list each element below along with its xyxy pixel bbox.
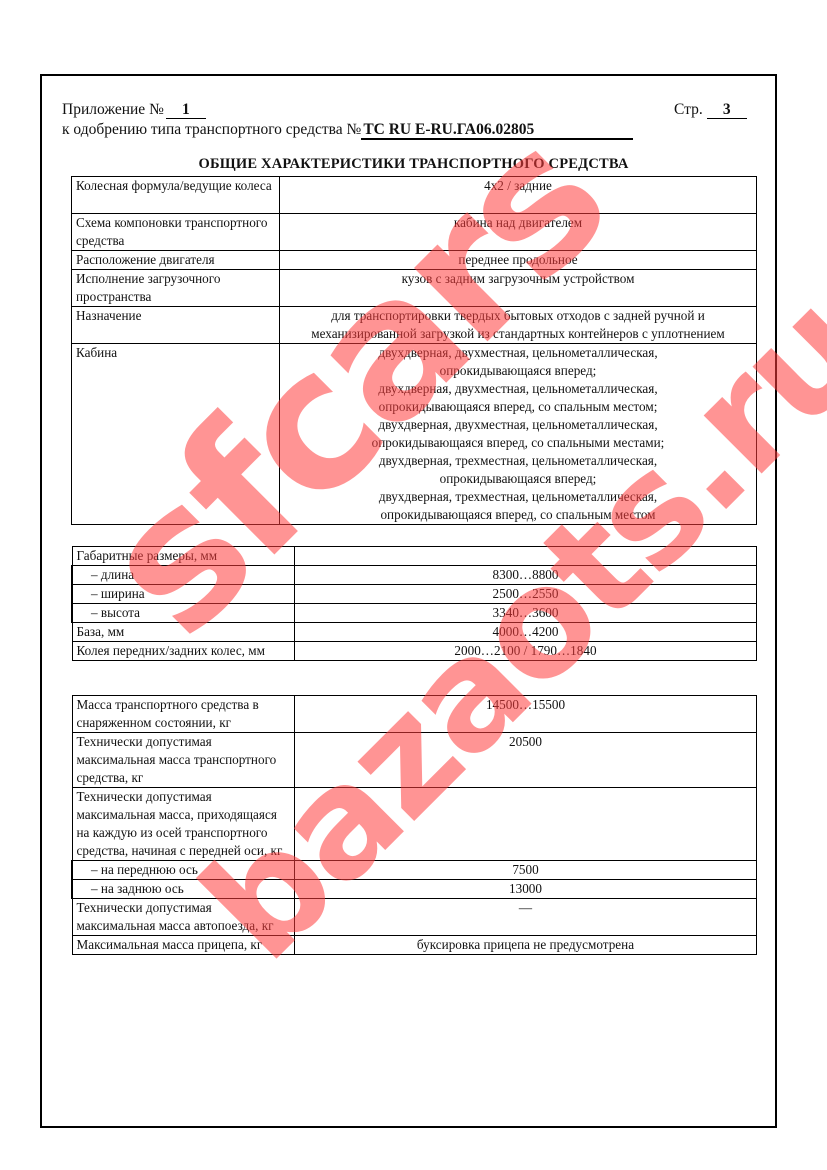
table-row: База, мм4000…4200 [72,623,757,642]
row-value: 2000…2100 / 1790…1840 [295,642,757,661]
row-label: Масса транспортного средства в снаряженн… [72,696,295,733]
row-value: для транспортировки твердых бытовых отхо… [280,307,757,344]
cabin-line: опрокидывающаяся вперед, со спальным мес… [284,506,752,524]
table-row: – на переднюю ось7500 [72,861,757,880]
row-label: Габаритные размеры, мм [72,547,295,566]
cabin-line: двухдверная, трехместная, цельнометаллич… [284,488,752,506]
table-row: Назначениедля транспортировки твердых бы… [72,307,757,344]
table-row: – длина8300…8800 [72,566,757,585]
page-indicator: Стр.3 [674,101,747,119]
row-value: переднее продольное [280,251,757,270]
table-row: – на заднюю ось13000 [72,880,757,899]
row-label: Колесная формула/ведущие колеса [72,177,280,214]
row-label: Расположение двигателя [72,251,280,270]
table-row: Расположение двигателяпереднее продольно… [72,251,757,270]
table-row: Максимальная масса прицепа, кгбуксировка… [72,936,757,955]
table-row: Схема компоновки транспортного средствак… [72,214,757,251]
table-row: Кабина двухдверная, двухместная, цельном… [72,344,757,525]
row-label: Схема компоновки транспортного средства [72,214,280,251]
row-label: Технически допустимая максимальная масса… [72,788,295,861]
cabin-line: двухдверная, двухместная, цельнометаллич… [284,380,752,398]
row-label: – на заднюю ось [72,880,295,899]
row-value: 13000 [295,880,757,899]
table-row: Масса транспортного средства в снаряженн… [72,696,757,733]
general-characteristics-table: Колесная формула/ведущие колеса4x2 / зад… [71,176,757,525]
row-value: 14500…15500 [295,696,757,733]
table-row: Колея передних/задних колес, мм2000…2100… [72,642,757,661]
annex-label: Приложение № [62,101,164,118]
row-label: Назначение [72,307,280,344]
certificate-number: ТС RU E-RU.ГА06.02805 [361,121,633,140]
table-row: Технически допустимая максимальная масса… [72,788,757,861]
annex-number: 1 [166,101,206,119]
row-value [295,547,757,566]
row-value: 4000…4200 [295,623,757,642]
table-row: Габаритные размеры, мм [72,547,757,566]
row-value [295,788,757,861]
cabin-variants: двухдверная, двухместная, цельнометаллич… [280,344,757,525]
row-value: 3340…3600 [295,604,757,623]
row-value: 7500 [295,861,757,880]
row-label: Технически допустимая максимальная масса… [72,899,295,936]
row-label: База, мм [72,623,295,642]
row-value: кузов с задним загрузочным устройством [280,270,757,307]
cabin-line: опрокидывающаяся вперед; [284,470,752,488]
cabin-line: двухдверная, трехместная, цельнометаллич… [284,452,752,470]
table-row: Исполнение загрузочного пространствакузо… [72,270,757,307]
annex-line: Приложение №1 [62,101,206,119]
row-value: 8300…8800 [295,566,757,585]
row-value: 4x2 / задние [280,177,757,214]
page-number: 3 [707,101,747,119]
mass-table: Масса транспортного средства в снаряженн… [71,695,757,955]
row-label: – на переднюю ось [72,861,295,880]
row-label: Кабина [72,344,280,525]
approval-label: к одобрению типа транспортного средства … [62,121,361,138]
cabin-line: опрокидывающаяся вперед; [284,362,752,380]
row-value: 2500…2550 [295,585,757,604]
cabin-line: двухдверная, двухместная, цельнометаллич… [284,344,752,362]
row-label: – ширина [72,585,295,604]
row-label: – высота [72,604,295,623]
page-title: ОБЩИЕ ХАРАКТЕРИСТИКИ ТРАНСПОРТНОГО СРЕДС… [0,156,827,173]
row-label: Максимальная масса прицепа, кг [72,936,295,955]
approval-line: к одобрению типа транспортного средства … [62,121,633,140]
row-label: Колея передних/задних колес, мм [72,642,295,661]
table-row: Технически допустимая максимальная масса… [72,899,757,936]
row-value: 20500 [295,733,757,788]
row-label: – длина [72,566,295,585]
row-value: кабина над двигателем [280,214,757,251]
dimensions-table: Габаритные размеры, мм – длина8300…8800 … [71,546,757,661]
row-value: — [295,899,757,936]
row-label: Технически допустимая максимальная масса… [72,733,295,788]
row-label: Исполнение загрузочного пространства [72,270,280,307]
cabin-line: опрокидывающаяся вперед, со спальным мес… [284,398,752,416]
row-value: буксировка прицепа не предусмотрена [295,936,757,955]
table-row: – высота3340…3600 [72,604,757,623]
cabin-line: двухдверная, двухместная, цельнометаллич… [284,416,752,434]
table-row: Колесная формула/ведущие колеса4x2 / зад… [72,177,757,214]
page-label: Стр. [674,101,703,118]
cabin-line: опрокидывающаяся вперед, со спальными ме… [284,434,752,452]
table-row: – ширина2500…2550 [72,585,757,604]
table-row: Технически допустимая максимальная масса… [72,733,757,788]
